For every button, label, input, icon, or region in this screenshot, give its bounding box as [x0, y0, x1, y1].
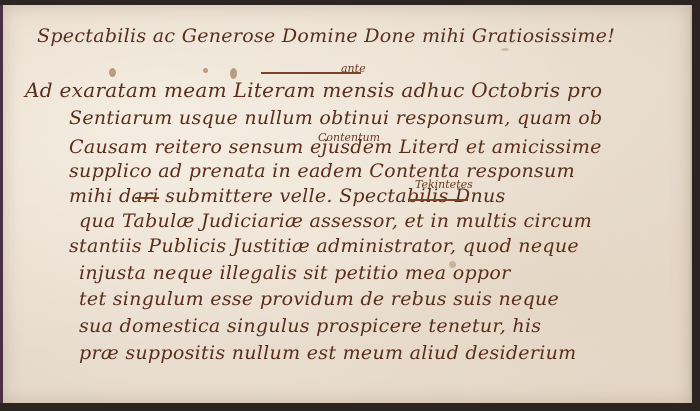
text-line-10: sua domestica singulus prospicere tenetu… [79, 317, 541, 336]
text-line-7: stantiis Publicis Justitiæ administrator… [69, 237, 579, 256]
text-line-1: Ad exaratam meam Literam mensis adhuc Oc… [25, 80, 602, 100]
ink-stain [109, 68, 116, 77]
text-line-3: Causam reitero sensum ejusdem Literd et … [69, 138, 602, 157]
text-line-9: tet singulum esse providum de rebus suis… [79, 290, 559, 309]
scan-frame: Spectabilis ac Generose Domine Done mihi… [0, 0, 700, 411]
strikethrough-mark [408, 199, 468, 201]
ink-stain [501, 48, 509, 51]
text-line-11: præ suppositis nullum est meum aliud des… [79, 344, 576, 363]
strikethrough-mark [135, 197, 159, 199]
text-line-6: qua Tabulæ Judiciariæ assessor, et in mu… [79, 212, 592, 231]
text-line-8: injusta neque illegalis sit petitio mea … [79, 264, 511, 283]
salutation: Spectabilis ac Generose Domine Done mihi… [37, 27, 615, 46]
strikethrough-mark [261, 72, 361, 74]
text-line-2: Sentiarum usque nullum obtinui responsum… [69, 109, 603, 128]
ink-stain [203, 68, 208, 73]
manuscript-page: Spectabilis ac Generose Domine Done mihi… [3, 5, 692, 403]
text-line-4: supplico ad prenata in eadem Contenta re… [69, 162, 575, 181]
